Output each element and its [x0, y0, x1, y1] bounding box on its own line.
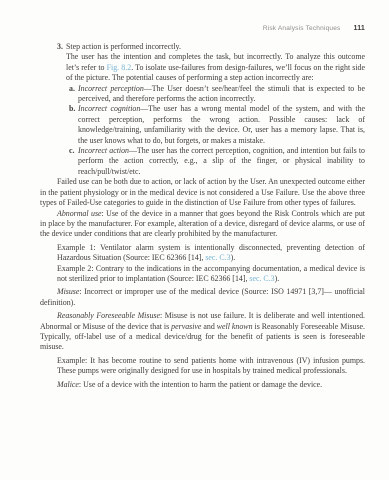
text-segment: Example: It has become routine to send p… [57, 356, 365, 375]
lettered-item-a: a. Incorrect perception—The User doesn’t… [66, 84, 365, 105]
list-item-intro: The user has the intention and completes… [66, 52, 365, 83]
example-paragraph-2: Example 2: Contrary to the indications i… [57, 264, 365, 285]
paragraph-misuse: Misuse: Incorrect or improper use of the… [40, 287, 365, 308]
list-item-body: Step action is performed incorrectly. Th… [66, 42, 365, 177]
text-segment: : Incorrect or improper use of the medic… [40, 287, 365, 306]
cross-reference-link[interactable]: sec. C.3 [249, 274, 274, 283]
paragraph-failed-use: Failed use can be both due to action, or… [40, 177, 365, 208]
example-block-2: Example: It has become routine to send p… [57, 356, 365, 377]
paragraph-reasonably-foreseeable-misuse: Reasonably Foreseeable Misuse: Misuse is… [40, 311, 365, 353]
text-segment: Abnormal use [57, 209, 102, 218]
text-segment: Incorrect action [78, 146, 129, 155]
list-letter: c. [69, 146, 78, 177]
list-letter: a. [69, 84, 78, 105]
text-segment: and [201, 322, 216, 331]
book-page: Risk Analysis Techniques 111 3. Step act… [0, 0, 389, 480]
lettered-item-text: Incorrect action—The user has the correc… [78, 146, 365, 177]
text-segment: pervasive [171, 322, 201, 331]
paragraph-abnormal-use: Abnormal use: Use of the device in a man… [40, 209, 365, 240]
text-segment: ). [231, 253, 236, 262]
lettered-item-b: b. Incorrect cognition—The user has a wr… [66, 104, 365, 146]
list-number: 3. [57, 42, 66, 177]
text-segment: well known [217, 322, 253, 331]
text-segment: Incorrect cognition [78, 104, 140, 113]
text-segment: Malice [57, 380, 79, 389]
text-segment: Misuse [57, 287, 79, 296]
page-number: 111 [353, 25, 365, 32]
list-letter: b. [69, 104, 78, 146]
text-segment: ). [275, 274, 280, 283]
lettered-item-text: Incorrect cognition—The user has a wrong… [78, 104, 365, 146]
numbered-list-item-3: 3. Step action is performed incorrectly.… [40, 42, 365, 177]
example-paragraph-3: Example: It has become routine to send p… [57, 356, 365, 377]
text-segment: Incorrect perception [78, 84, 144, 93]
lettered-item-text: Incorrect perception—The User doesn’t se… [78, 84, 365, 105]
running-header: Risk Analysis Techniques 111 [0, 25, 365, 32]
paragraph-malice: Malice: Use of a device with the intenti… [40, 380, 365, 390]
example-paragraph-1: Example 1: Ventilator alarm system is in… [57, 243, 365, 264]
cross-reference-link[interactable]: sec. C.3 [205, 253, 230, 262]
running-title: Risk Analysis Techniques [263, 25, 341, 32]
page-content: 3. Step action is performed incorrectly.… [40, 42, 365, 390]
text-segment: Reasonably Foreseeable Misuse [57, 311, 160, 320]
lettered-item-c: c. Incorrect action—The user has the cor… [66, 146, 365, 177]
text-segment: Example 2: Contrary to the indications i… [57, 264, 365, 283]
text-segment: : Use of a device with the intention to … [79, 380, 322, 389]
example-block-1: Example 1: Ventilator alarm system is in… [57, 243, 365, 285]
list-item-title: Step action is performed incorrectly. [66, 42, 365, 52]
cross-reference-link[interactable]: Fig. 8.2 [107, 63, 132, 72]
text-segment: Failed use can be both due to action, or… [40, 177, 365, 207]
